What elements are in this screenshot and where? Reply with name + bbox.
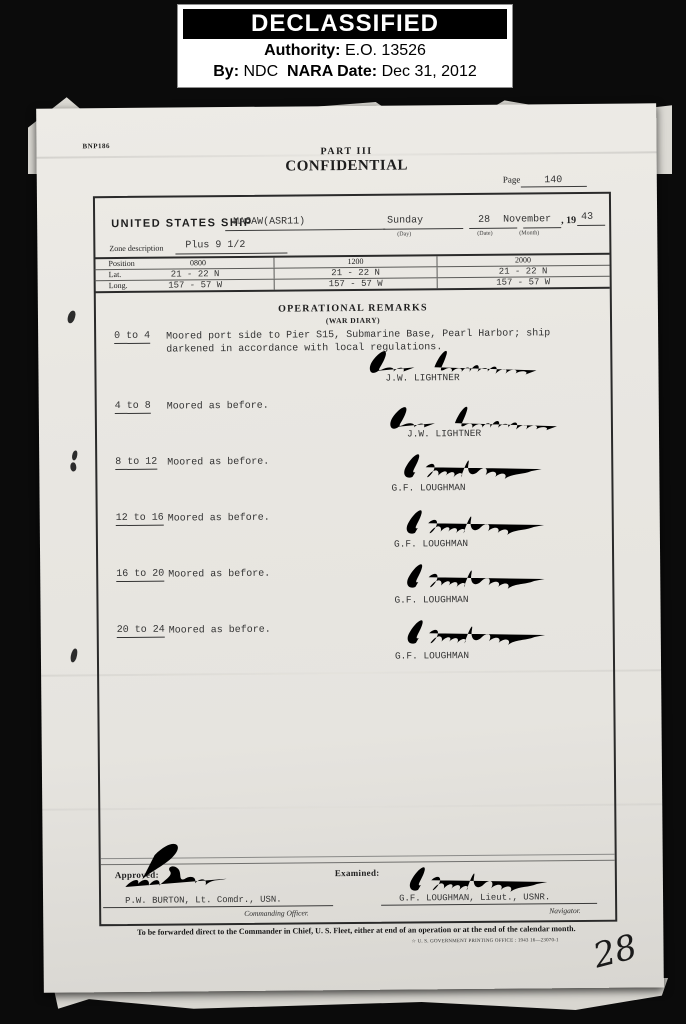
- entry-signer: G.F. LOUGHMAN: [394, 594, 468, 606]
- date-label: (Date): [477, 231, 492, 237]
- lat-1200: 21 - 22 N: [274, 267, 437, 278]
- entry-signer: J.W. LIGHTNER: [385, 372, 459, 384]
- entry-time: 8 to 12: [115, 457, 157, 470]
- date-value: 28: [478, 215, 490, 226]
- remarks-subtitle: (WAR DIARY): [96, 314, 610, 327]
- year-value: 43: [581, 212, 593, 223]
- lat-label: Lat.: [109, 270, 122, 280]
- day-underline: [383, 228, 463, 230]
- punch-hole: [72, 450, 78, 461]
- declassified-banner: DECLASSIFIED Authority: E.O. 13526 By: N…: [177, 4, 513, 88]
- form-box: UNITED STATES SHIP MACAW(ASR11) Sunday (…: [93, 192, 617, 926]
- signature-gf-loughman: [392, 501, 556, 540]
- entry-signer: G.F. LOUGHMAN: [394, 538, 468, 550]
- zone-label: Zone description: [109, 244, 163, 253]
- entry-time: 0 to 4: [114, 331, 150, 344]
- ship-label: UNITED STATES SHIP: [111, 217, 253, 230]
- authority-label: Authority:: [264, 42, 340, 59]
- page-label: Page: [503, 175, 521, 185]
- position-table: Position 0800 1200 2000 Lat. 21 - 22 N 2…: [94, 253, 609, 293]
- day-label: (Day): [397, 231, 411, 237]
- page-number-line: Page140: [503, 174, 587, 188]
- zone-underline: [175, 253, 287, 255]
- col-header-1200: 1200: [273, 256, 436, 267]
- position-label: Position: [108, 259, 134, 269]
- signature-pw-burton: [117, 835, 234, 898]
- authority-line: Authority: E.O. 13526: [178, 42, 512, 60]
- ship-name: MACAW(ASR11): [233, 216, 305, 228]
- lat-2000: 21 - 22 N: [437, 266, 609, 278]
- page-number: 140: [520, 175, 586, 188]
- examined-label: Examined:: [335, 868, 380, 878]
- handwritten-page-number: 28: [589, 927, 641, 977]
- long-1200: 157 - 57 W: [274, 278, 437, 289]
- log-entry-8-12: 8 to 12 Moored as before. G.F. LOUGHMAN: [97, 453, 611, 457]
- entry-time: 4 to 8: [115, 401, 151, 414]
- by-value: NDC: [243, 63, 278, 80]
- ship-name-underline: [225, 229, 385, 231]
- war-diary-page: BNP186 PART III CONFIDENTIAL Page140 UNI…: [36, 103, 664, 992]
- entry-signer: G.F. LOUGHMAN: [391, 482, 465, 494]
- authority-value: E.O. 13526: [345, 42, 426, 59]
- year-underline: [577, 225, 605, 226]
- month-underline: [523, 227, 561, 228]
- log-entry-12-16: 12 to 16 Moored as before. G.F. LOUGHMAN: [98, 509, 612, 513]
- navigator-title: Navigator.: [549, 906, 581, 915]
- nara-date-value: Dec 31, 2012: [382, 63, 477, 80]
- punch-hole: [67, 310, 77, 324]
- entry-signer: J.W. LIGHTNER: [407, 428, 481, 440]
- scanned-document-photo: DECLASSIFIED Authority: E.O. 13526 By: N…: [0, 0, 686, 1024]
- by-label: By:: [213, 63, 239, 80]
- entry-time: 16 to 20: [116, 569, 164, 582]
- entry-time: 12 to 16: [116, 513, 164, 526]
- log-entry-0-4: 0 to 4 Moored port side to Pier S15, Sub…: [96, 327, 610, 331]
- commanding-officer-title: Commanding Officer.: [244, 908, 309, 918]
- long-0800: 157 - 57 W: [146, 280, 222, 291]
- approved-name: P.W. BURTON, Lt. Comdr., USN.: [125, 895, 282, 906]
- month-value: November: [503, 214, 551, 225]
- signature-gf-loughman: [392, 555, 556, 594]
- forwarding-instruction: To be forwarded direct to the Commander …: [97, 924, 615, 938]
- month-label: (Month): [519, 230, 539, 236]
- date-underline: [469, 228, 517, 229]
- zone-value: Plus 9 1/2: [185, 240, 245, 252]
- nara-date-label: NARA Date:: [287, 63, 377, 80]
- long-label: Long.: [109, 281, 128, 291]
- year-prefix: , 19: [561, 215, 576, 226]
- col-header-2000: 2000: [436, 255, 608, 267]
- punch-hole: [69, 462, 77, 472]
- day-value: Sunday: [387, 215, 423, 226]
- col-header-0800: 0800: [162, 258, 206, 267]
- examined-name: G.F. LOUGHMAN, Lieut., USNR.: [399, 892, 550, 903]
- entry-time: 20 to 24: [117, 625, 165, 638]
- lat-0800: 21 - 22 N: [149, 269, 220, 280]
- punch-hole: [70, 648, 78, 663]
- long-2000: 157 - 57 W: [437, 277, 609, 289]
- by-line: By: NDC NARA Date: Dec 31, 2012: [178, 63, 512, 81]
- log-entry-16-20: 16 to 20 Moored as before. G.F. LOUGHMAN: [98, 565, 612, 569]
- log-entry-20-24: 20 to 24 Moored as before. G.F. LOUGHMAN: [99, 621, 613, 625]
- signature-gf-loughman: [393, 611, 557, 650]
- log-entry-4-8: 4 to 8 Moored as before. J.W. LIGHTNER: [97, 397, 611, 401]
- declassified-title: DECLASSIFIED: [183, 9, 507, 39]
- entry-signer: G.F. LOUGHMAN: [395, 650, 469, 662]
- signature-gf-loughman: [389, 445, 553, 484]
